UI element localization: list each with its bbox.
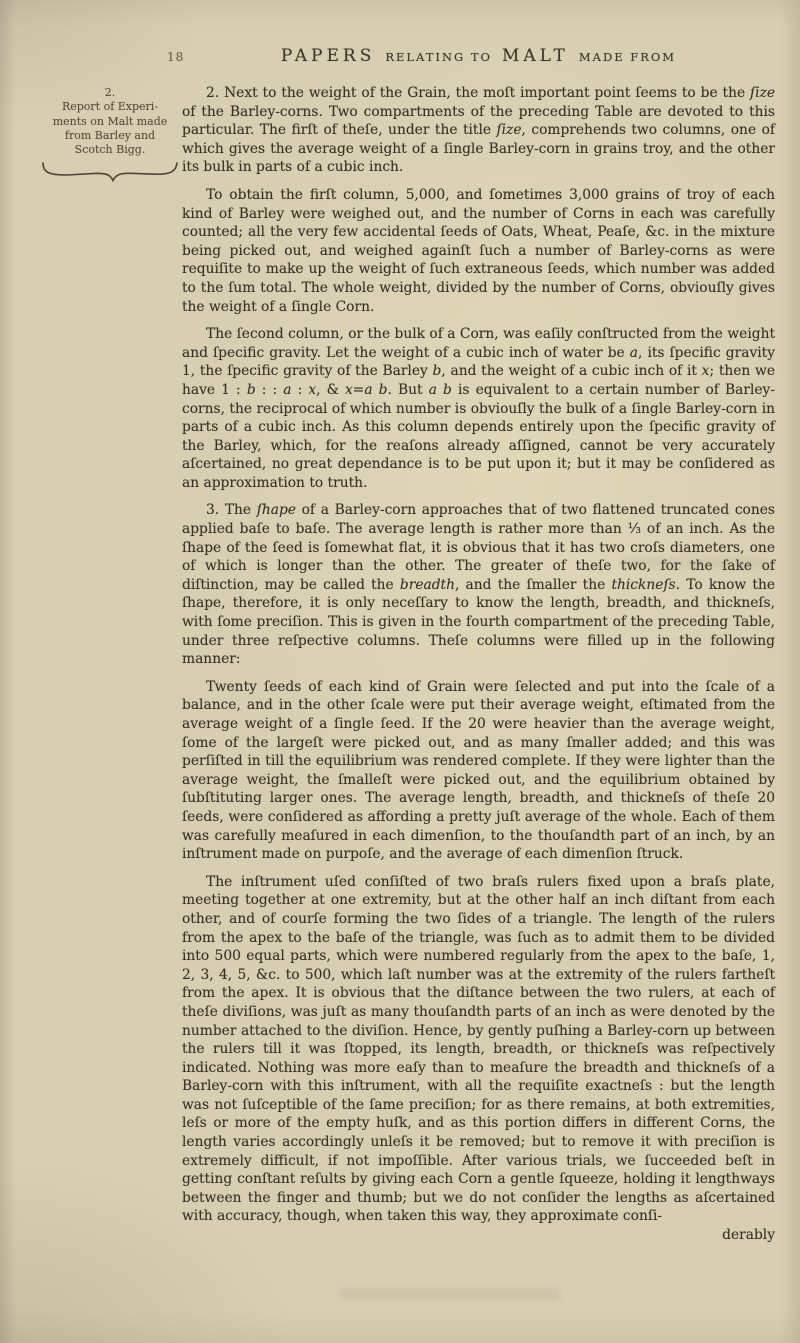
running-title: PAPERSRELATING TOMALTMADE FROM	[182, 46, 775, 66]
paragraph-2-size-of-barley-corns: 2. Next to the weight of the Grain, the …	[182, 84, 775, 177]
margin-note-line: Report of Experi-	[38, 100, 182, 114]
running-title-word-made-from: MADE FROM	[579, 50, 676, 64]
show-through-smudge	[340, 1288, 560, 1300]
paragraph-3-shape: 3. The ſhape of a Barley-corn approaches…	[182, 501, 775, 668]
margin-note-line: ments on Malt made	[38, 115, 182, 129]
running-title-word-malt: MALT	[502, 46, 569, 66]
paragraph-twenty-seeds: Twenty ſeeds of each kind of Grain were …	[182, 678, 775, 864]
running-title-word-papers: PAPERS	[281, 46, 375, 66]
page-header: 18 PAPERSRELATING TOMALTMADE FROM	[0, 46, 800, 70]
running-title-word-relating-to: RELATING TO	[385, 50, 492, 64]
document-page: 18 PAPERSRELATING TOMALTMADE FROM 2. Rep…	[0, 0, 800, 1343]
paragraph-instrument: The inſtrument uſed conſiſted of two bra…	[182, 873, 775, 1226]
paragraph-second-column-bulk: The ſecond column, or the bulk of a Corn…	[182, 325, 775, 492]
margin-note: 2. Report of Experi- ments on Malt made …	[38, 86, 182, 183]
margin-note-line: from Barley and	[38, 129, 182, 143]
margin-note-number: 2.	[38, 86, 182, 100]
paragraph-first-column-method: To obtain the firſt column, 5,000, and ſ…	[182, 186, 775, 316]
body-text: 2. Next to the weight of the Grain, the …	[182, 84, 775, 1245]
margin-note-line: Scotch Bigg.	[38, 143, 182, 157]
margin-brace-icon	[39, 161, 181, 183]
catchword: derably	[182, 1226, 775, 1245]
